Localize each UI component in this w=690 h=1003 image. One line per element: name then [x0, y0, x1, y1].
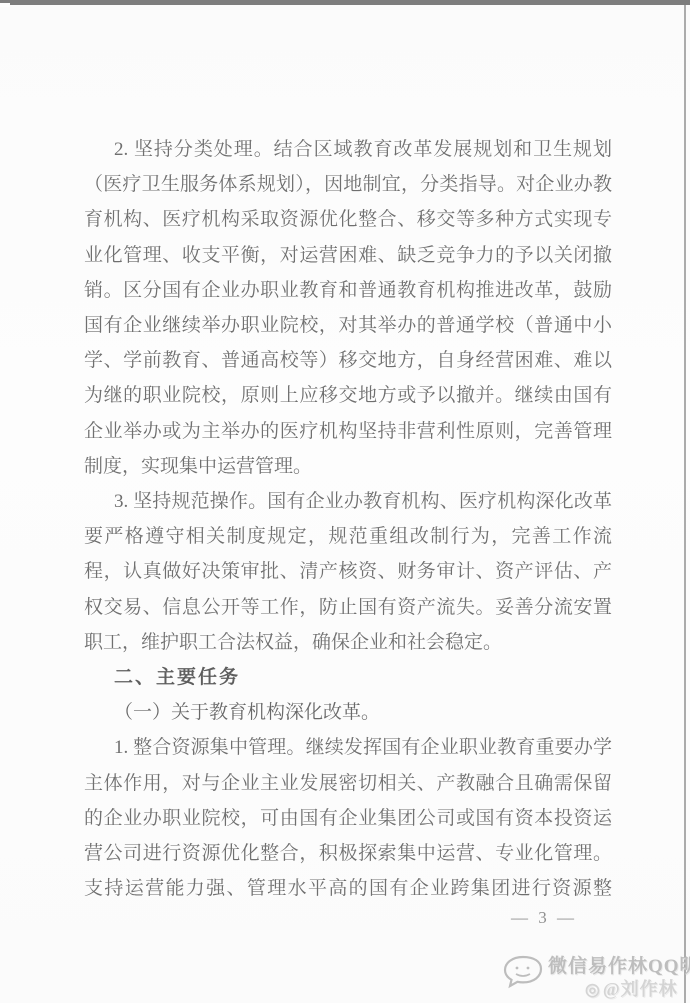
document-paragraph: 3. 坚持规范操作。国有企业办教育机构、医疗机构深化改革要严格遵守相关制度规定，… — [84, 484, 612, 660]
watermark-author-text: @刘作林 — [603, 979, 678, 999]
watermark: 微信易作林QQ明 ◎@刘作林 — [503, 950, 690, 1003]
watermark-author: ◎@刘作林 — [585, 975, 678, 1001]
document-paragraph: 1. 整合资源集中管理。继续发挥国有企业职业教育重要办学主体作用，对与企业主业发… — [84, 730, 612, 902]
sub-section-heading: （一）关于教育机构深化改革。 — [84, 695, 612, 730]
scan-edge-notch — [0, 3, 10, 7]
document-body: 2. 坚持分类处理。结合区域教育改革发展规划和卫生规划（医疗卫生服务体系规划），… — [84, 132, 612, 902]
scanned-document-page: 2. 坚持分类处理。结合区域教育改革发展规划和卫生规划（医疗卫生服务体系规划），… — [0, 0, 690, 1003]
watermark-wechat-text: 微信易作林QQ明 — [548, 951, 690, 978]
weibo-eye-icon: ◎ — [585, 980, 601, 999]
page-number: — 3 — — [479, 908, 609, 928]
document-paragraph: 2. 坚持分类处理。结合区域教育改革发展规划和卫生规划（医疗卫生服务体系规划），… — [84, 132, 612, 484]
wechat-bubble-icon — [503, 955, 545, 991]
section-heading: 二、主要任务 — [84, 660, 612, 695]
scan-top-edge-bar — [0, 0, 690, 5]
scan-right-edge-line — [684, 5, 686, 1003]
